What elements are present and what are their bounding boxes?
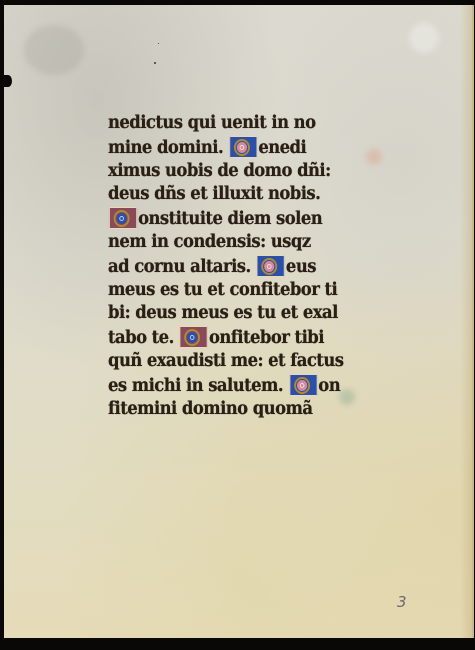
text-line: onstituite diem solen	[108, 207, 310, 231]
ink-speck	[154, 62, 156, 64]
text-segment: tabo te.	[108, 328, 179, 348]
show-through-initial	[366, 149, 382, 165]
text-line: nedictus qui uenit in no	[108, 112, 310, 136]
text-segment: deus dñs et illuxit nobis.	[108, 184, 320, 204]
text-segment: enedi	[258, 138, 306, 158]
text-line: quñ exaudisti me: et factus	[108, 350, 310, 374]
text-line: tabo te. onfitebor tibi	[108, 326, 310, 350]
text-segment: onstituite diem solen	[138, 209, 322, 229]
text-segment: on	[318, 376, 340, 396]
text-segment: nedictus qui uenit in no	[108, 113, 315, 133]
text-line: ad cornu altaris. eus	[108, 255, 310, 279]
illuminated-initial-d	[257, 255, 285, 277]
page-edge-tear	[4, 75, 12, 87]
text-segment: ad cornu altaris.	[108, 257, 256, 277]
text-line: deus dñs et illuxit nobis.	[108, 183, 310, 207]
text-line: mine domini. enedi	[108, 136, 310, 160]
text-segment: fitemini domino quomã	[108, 399, 312, 419]
illuminated-initial-c	[180, 326, 208, 348]
text-line: fitemini domino quomã	[108, 398, 310, 422]
text-segment: bi: deus meus es tu et exal	[108, 303, 338, 323]
text-line: meus es tu et confitebor ti	[108, 279, 310, 303]
text-line: nem in condensis: usqz	[108, 231, 310, 255]
illuminated-initial-c	[289, 374, 317, 396]
ink-speck	[158, 43, 159, 44]
stain	[409, 23, 439, 53]
text-segment: es michi in salutem.	[108, 376, 288, 396]
initial-spiral-icon	[237, 142, 247, 153]
text-segment: mine domini.	[108, 138, 228, 158]
illuminated-initial-b	[229, 136, 257, 158]
illuminated-initial-c	[109, 207, 137, 229]
text-segment: nem in condensis: usqz	[108, 232, 311, 252]
text-line: es michi in salutem. on	[108, 374, 310, 398]
text-segment: ximus uobis de domo dñi:	[108, 161, 331, 181]
text-line: bi: deus meus es tu et exal	[108, 302, 310, 326]
text-line: ximus uobis de domo dñi:	[108, 160, 310, 184]
text-segment: eus	[286, 257, 316, 277]
folio-number: 3	[397, 593, 407, 611]
manuscript-text: nedictus qui uenit in nomine domini. ene…	[108, 112, 310, 421]
text-segment: meus es tu et confitebor ti	[108, 280, 337, 300]
text-segment: quñ exaudisti me: et factus	[108, 351, 343, 371]
text-segment: onfitebor tibi	[209, 328, 324, 348]
show-through-initial	[339, 389, 355, 405]
stain	[24, 25, 84, 75]
initial-spiral-icon	[264, 261, 274, 272]
initial-spiral-icon	[297, 380, 307, 391]
